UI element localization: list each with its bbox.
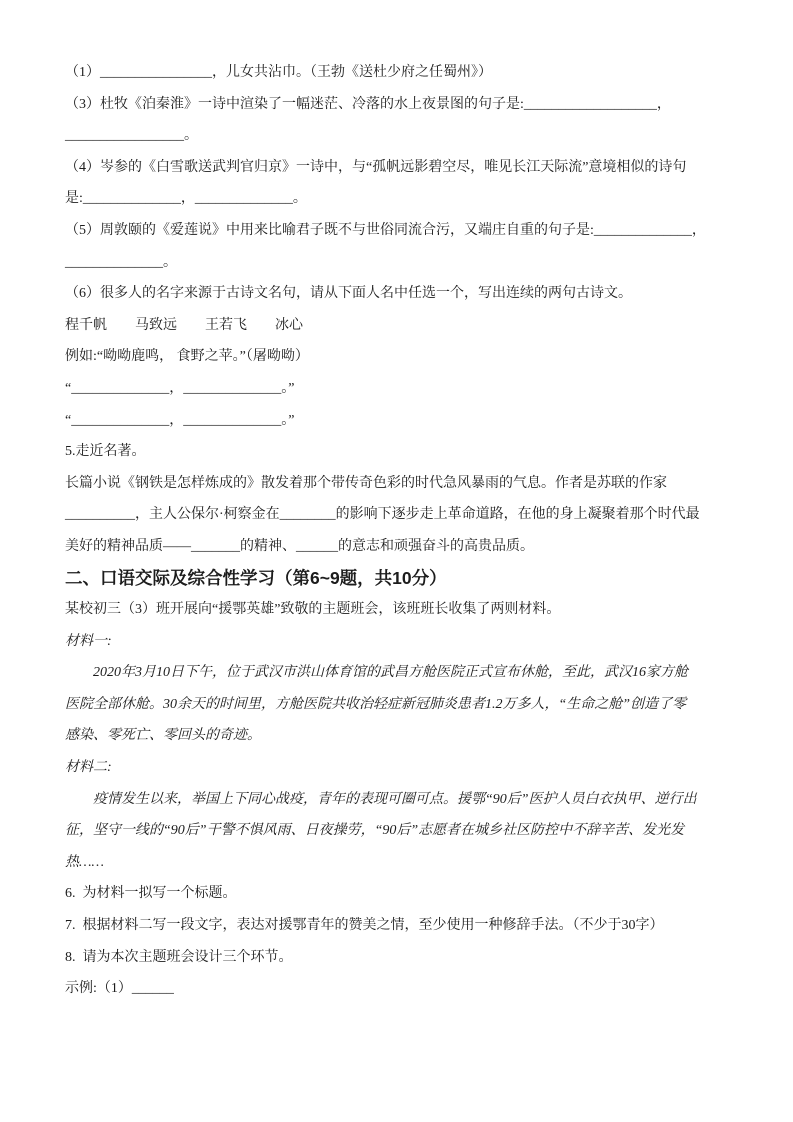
material-1-text-line-3: 感染、零死亡、零回头的奇迹。 [65, 720, 735, 752]
material-2-label: 材料二: [65, 752, 735, 784]
q5-prompt-line: （5）周敦颐的《爱莲说》中用来比喻君子既不与世俗同流合污，又端庄自重的句子是:_… [65, 215, 735, 247]
section-2-header: 二、口语交际及综合性学习（第6~9题，共10分） [65, 563, 735, 595]
material-2-text-line-2: 征，坚守一线的“90后”干警不惧风雨、日夜操劳，“90后”志愿者在城乡社区防控中… [65, 815, 735, 847]
exam-document-page: （1）________________，儿女共沾巾。（王勃《送杜少府之任蜀州》）… [0, 0, 793, 1122]
q4-blank-line: 是:______________，______________。 [65, 183, 735, 215]
question-5-title: 5.走近名著。 [65, 436, 735, 468]
example-blank-line: 示例:（1）______ [65, 973, 735, 1005]
novel-text-line-2: __________，主人公保尔·柯察金在________的影响下逐步走上革命道… [65, 499, 735, 531]
q5-blank-line: ______________。 [65, 247, 735, 279]
q3-prompt-line: （3）杜牧《泊秦淮》一诗中渲染了一幅迷茫、冷落的水上夜景图的句子是:______… [65, 89, 735, 121]
q6-example-line: 例如:“呦呦鹿鸣， 食野之苹。”（屠呦呦） [65, 341, 735, 373]
material-1-text-line-1: 2020年3月10日下午，位于武汉市洪山体育馆的武昌方舱医院正式宣布休舱，至此，… [65, 657, 735, 689]
question-8-line: 8. 请为本次主题班会设计三个环节。 [65, 942, 735, 974]
q6-prompt-line: （6）很多人的名字来源于古诗文名句，请从下面人名中任选一个，写出连续的两句古诗文… [65, 278, 735, 310]
question-7-line: 7. 根据材料二写一段文字，表达对援鄂青年的赞美之情，至少使用一种修辞手法。（不… [65, 910, 735, 942]
novel-text-line-3: 美好的精神品质——_______的精神、______的意志和顽强奋斗的高贵品质。 [65, 531, 735, 563]
material-1-label: 材料一: [65, 626, 735, 658]
question-6-line: 6. 为材料一拟写一个标题。 [65, 878, 735, 910]
material-1-text-line-2: 医院全部休舱。30余天的时间里，方舱医院共收治轻症新冠肺炎患者1.2万多人，“生… [65, 689, 735, 721]
novel-text-line-1: 长篇小说《钢铁是怎样炼成的》散发着那个带传奇色彩的时代急风暴雨的气息。作者是苏联… [65, 468, 735, 500]
material-2-text-line-3: 热…… [65, 847, 735, 879]
q4-prompt-line: （4）岑参的《白雪歌送武判官归京》一诗中，与“孤帆远影碧空尽，唯见长江天际流”意… [65, 152, 735, 184]
section-2-intro-line: 某校初三（3）班开展向“援鄂英雄”致敬的主题班会，该班班长收集了两则材料。 [65, 594, 735, 626]
q3-blank-line: _________________。 [65, 120, 735, 152]
q1-blank-line: （1）________________，儿女共沾巾。（王勃《送杜少府之任蜀州》） [65, 57, 735, 89]
material-2-text-line-1: 疫情发生以来，举国上下同心战疫，青年的表现可圈可点。援鄂“90后”医护人员白衣执… [65, 784, 735, 816]
q6-answer-line-1: “______________，______________。” [65, 373, 735, 405]
q6-name-options: 程千帆 马致远 王若飞 冰心 [65, 310, 735, 342]
q6-answer-line-2: “______________，______________。” [65, 405, 735, 437]
